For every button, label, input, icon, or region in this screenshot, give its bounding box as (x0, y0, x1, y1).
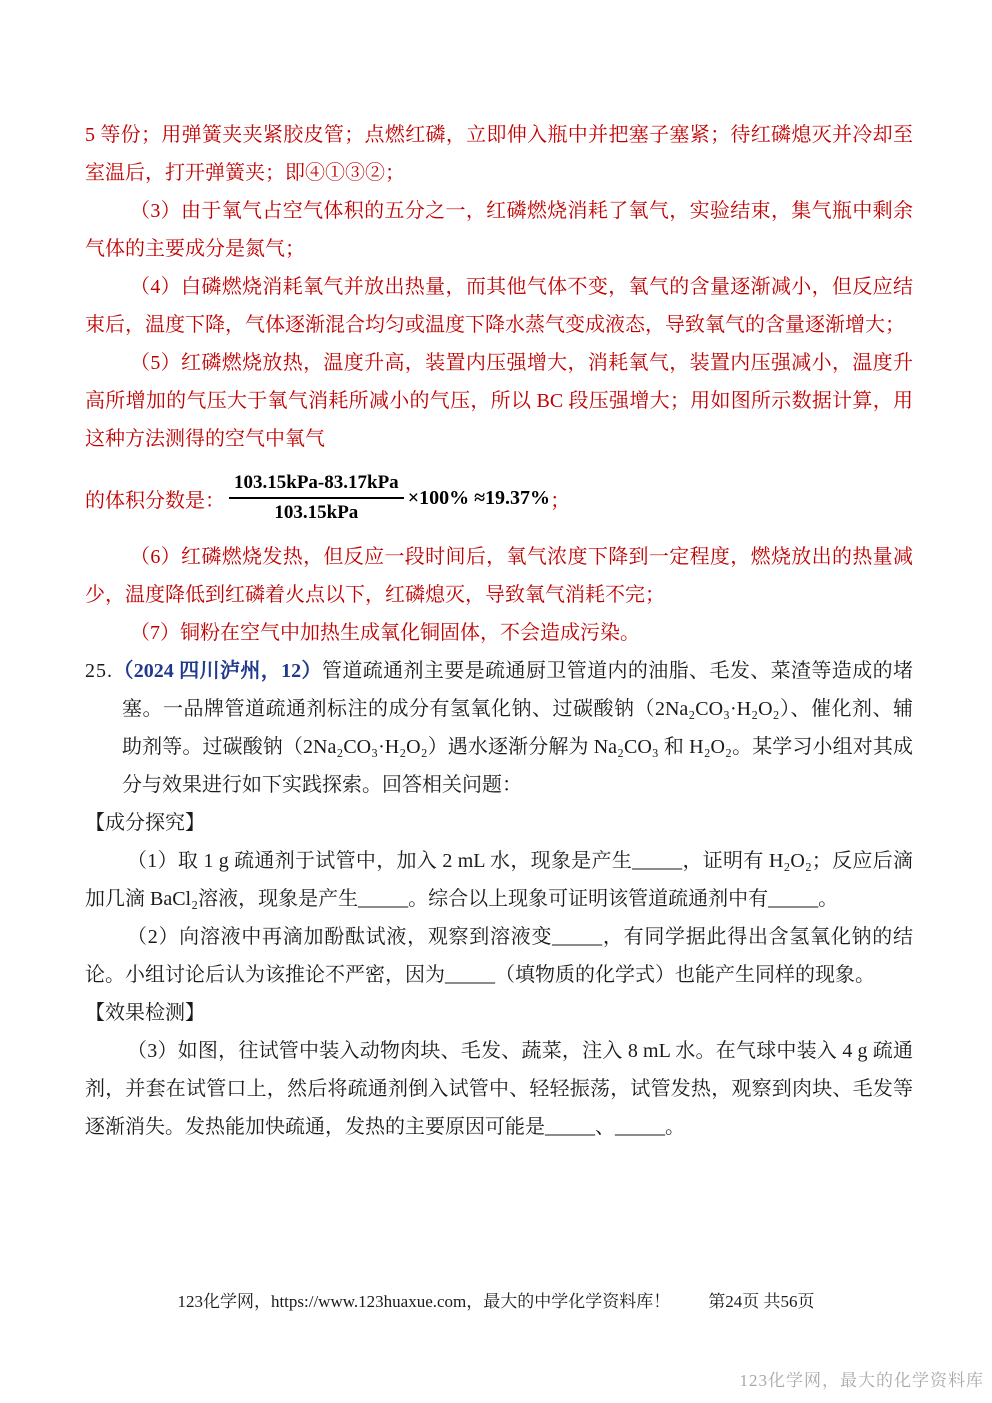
question-25-part-2: （2）向溶液中再滴加酚酞试液，观察到溶液变_____，有同学据此得出含氢氧化钠的… (85, 918, 913, 994)
footer-site-info: 123化学网，https://www.123huaxue.com，最大的中学化学… (177, 1292, 670, 1311)
answer-paragraph-3: （3）由于氧气占空气体积的五分之一，红磷燃烧消耗了氧气，实验结束，集气瓶中剩余气… (85, 192, 913, 268)
watermark-text: 123化学网，最大的化学资料库 (740, 1366, 985, 1391)
formula-end-punctuation: ； (550, 484, 570, 513)
answer-paragraph-5: （5）红磷燃烧放热，温度升高，装置内压强增大，消耗氧气，装置内压强减小，温度升高… (85, 344, 913, 458)
footer-page-number: 第24页 共56页 (708, 1292, 814, 1311)
document-page: { "colors": { "answer_red": "#c00000", "… (0, 0, 992, 1403)
question-25-part-3: （3）如图，往试管中装入动物肉块、毛发、蔬菜，注入 8 mL 水。在气球中装入 … (85, 1032, 913, 1146)
answer-intro-paragraph: 5 等份；用弹簧夹夹紧胶皮管；点燃红磷，立即伸入瓶中并把塞子塞紧；待红磷熄灭并冷… (85, 116, 913, 192)
section-title-component-exploration: 【成分探究】 (85, 804, 913, 842)
formula-label: 的体积分数是： (85, 484, 225, 513)
section-title-effect-test: 【效果检测】 (85, 994, 913, 1032)
question-source-tag: （2024 四川泸州，12） (113, 660, 322, 682)
answer-paragraph-4: （4）白磷燃烧消耗氧气并放出热量，而其他气体不变，氧气的含量逐渐减小，但反应结束… (85, 268, 913, 344)
question-25: 25.（2024 四川泸州，12）管道疏通剂主要是疏通厨卫管道内的油脂、毛发、菜… (85, 652, 913, 804)
answer-paragraph-7: （7）铜粉在空气中加热生成氧化铜固体，不会造成污染。 (85, 614, 913, 652)
fraction-numerator: 103.15kPa-83.17kPa (229, 472, 404, 499)
formula-result: ×100% ≈19.37% (408, 487, 550, 510)
question-number: 25. (85, 660, 113, 682)
question-25-part-1: （1）取 1 g 疏通剂于试管中，加入 2 mL 水，现象是产生_____，证明… (85, 842, 913, 918)
answer-paragraph-6: （6）红磷燃烧发热，但反应一段时间后，氧气浓度下降到一定程度，燃烧放出的热量减少… (85, 538, 913, 614)
document-body: 5 等份；用弹簧夹夹紧胶皮管；点燃红磷，立即伸入瓶中并把塞子塞紧；待红磷熄灭并冷… (85, 116, 913, 1146)
oxygen-fraction-formula: 的体积分数是： 103.15kPa-83.17kPa 103.15kPa ×10… (85, 458, 913, 538)
fraction-denominator: 103.15kPa (274, 499, 358, 524)
page-footer: 123化学网，https://www.123huaxue.com，最大的中学化学… (0, 1288, 992, 1316)
fraction: 103.15kPa-83.17kPa 103.15kPa (229, 472, 404, 524)
